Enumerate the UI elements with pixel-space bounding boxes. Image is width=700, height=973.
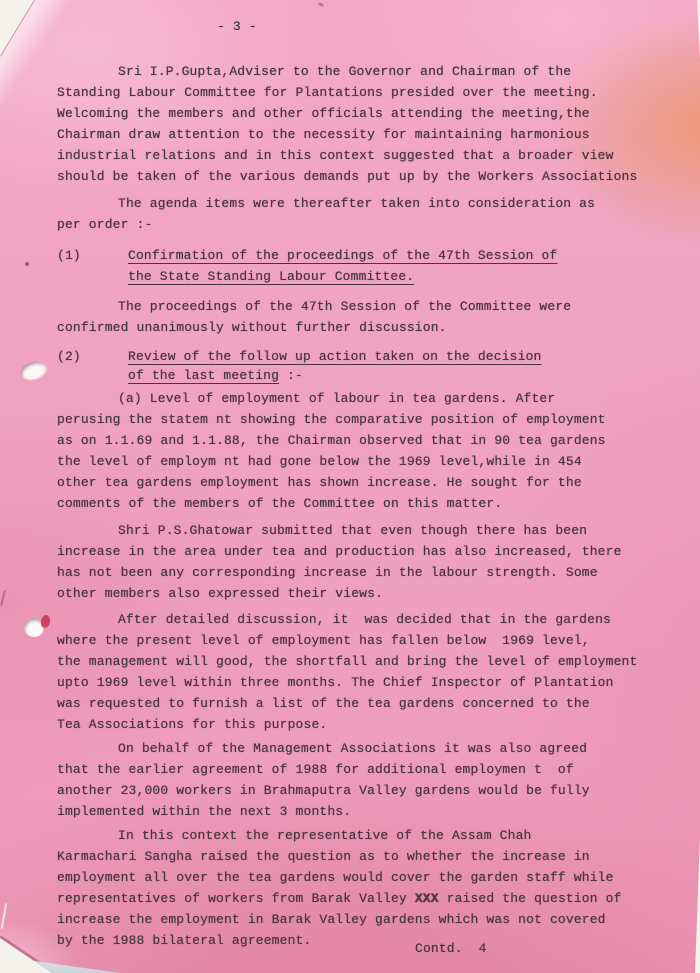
text-line: Tea Associations for this purpose.	[57, 714, 657, 735]
heading-tail: :-	[279, 368, 303, 383]
paper-scratch	[0, 590, 6, 606]
item-number: (1)	[57, 245, 128, 287]
text-line: Karmachari Sangha raised the question as…	[57, 846, 657, 867]
red-ink-smudge	[39, 614, 52, 629]
text-line: was requested to furnish a list of the t…	[57, 693, 657, 714]
page-number: - 3 -	[217, 19, 257, 34]
text-line: implemented within the next 3 months.	[57, 801, 657, 822]
underlined-text: Review of the follow up action taken on …	[128, 349, 541, 364]
heading-line: the State Standing Labour Committee.	[128, 266, 557, 287]
text-line: perusing the statem nt showing the compa…	[57, 409, 657, 430]
paper-scratch	[1, 903, 7, 929]
text-line: the management will good, the shortfall …	[57, 651, 657, 672]
text-line: upto 1969 level within three months. The…	[57, 672, 657, 693]
text-line: In this context the representative of th…	[57, 825, 657, 846]
text-line: should be taken of the various demands p…	[57, 166, 657, 187]
document-body: Sri I.P.Gupta,Adviser to the Governor an…	[57, 61, 657, 951]
paragraph: After detailed discussion, it was decide…	[57, 609, 657, 735]
text-line: Sri I.P.Gupta,Adviser to the Governor an…	[57, 61, 657, 82]
text-line: other tea gardens employment has shown i…	[57, 472, 657, 493]
text-line: The agenda items were thereafter taken i…	[57, 193, 657, 214]
text-line: After detailed discussion, it was decide…	[57, 609, 657, 630]
text-line: On behalf of the Management Associations…	[57, 738, 657, 759]
agenda-item: (1)Confirmation of the proceedings of th…	[57, 245, 657, 287]
struck-over-text: XXX	[415, 891, 439, 906]
heading-line: Confirmation of the proceedings of the 4…	[128, 245, 557, 266]
item-heading: Review of the follow up action taken on …	[128, 348, 541, 385]
text-line: another 23,000 workers in Brahmaputra Va…	[57, 780, 657, 801]
scanned-pink-paper: - 3 - Sri I.P.Gupta,Adviser to the Gover…	[0, 0, 700, 973]
text-line: The proceedings of the 47th Session of t…	[57, 296, 657, 317]
paragraph: In this context the representative of th…	[57, 825, 657, 951]
text-line: the level of employm nt had gone below t…	[57, 451, 657, 472]
text-line: (a) Level of employment of labour in tea…	[57, 388, 657, 409]
heading-line: of the last meeting :-	[128, 367, 541, 386]
text-line: employment all over the tea gardens woul…	[57, 867, 657, 888]
text-line: by the 1988 bilateral agreement.	[57, 930, 657, 951]
text-line: Chairman draw attention to the necessity…	[57, 124, 657, 145]
underlined-text: of the last meeting	[128, 368, 279, 383]
text-line: where the present level of employment ha…	[57, 630, 657, 651]
text-line: increase in the area under tea and produ…	[57, 541, 657, 562]
punch-hole	[18, 358, 48, 382]
item-number: (2)	[57, 348, 128, 385]
top-left-crease	[0, 0, 35, 57]
text-line: that the earlier agreement of 1988 for a…	[57, 759, 657, 780]
text-line: per order :-	[57, 214, 657, 235]
paragraph: The agenda items were thereafter taken i…	[57, 193, 657, 235]
text-line: confirmed unanimously without further di…	[57, 317, 657, 338]
agenda-item: (2)Review of the follow up action taken …	[57, 348, 657, 385]
text-line: comments of the members of the Committee…	[57, 493, 657, 514]
paragraph: The proceedings of the 47th Session of t…	[57, 296, 657, 338]
text-line: increase the employment in Barak Valley …	[57, 909, 657, 930]
paragraph: Shri P.S.Ghatowar submitted that even th…	[57, 520, 657, 604]
ink-speck	[318, 2, 325, 7]
underlined-text: Confirmation of the proceedings of the 4…	[128, 248, 557, 263]
paragraph: Sri I.P.Gupta,Adviser to the Governor an…	[57, 61, 657, 187]
item-heading: Confirmation of the proceedings of the 4…	[128, 245, 557, 287]
text-line: as on 1.1.69 and 1.1.88, the Chairman ob…	[57, 430, 657, 451]
paragraph: (a) Level of employment of labour in tea…	[57, 388, 657, 514]
text-line: industrial relations and in this context…	[57, 145, 657, 166]
text-line: has not been any corresponding increase …	[57, 562, 657, 583]
continuation-note: Contd. 4	[415, 941, 487, 956]
ink-speck	[25, 262, 29, 266]
paragraph: On behalf of the Management Associations…	[57, 738, 657, 822]
text-line: other members also expressed their views…	[57, 583, 657, 604]
underlined-text: the State Standing Labour Committee.	[128, 269, 414, 284]
text-line: Standing Labour Committee for Plantation…	[57, 82, 657, 103]
text-line: Shri P.S.Ghatowar submitted that even th…	[57, 520, 657, 541]
text-line: representatives of workers from Barak Va…	[57, 888, 657, 909]
heading-line: Review of the follow up action taken on …	[128, 348, 541, 367]
text-line: Welcoming the members and other official…	[57, 103, 657, 124]
